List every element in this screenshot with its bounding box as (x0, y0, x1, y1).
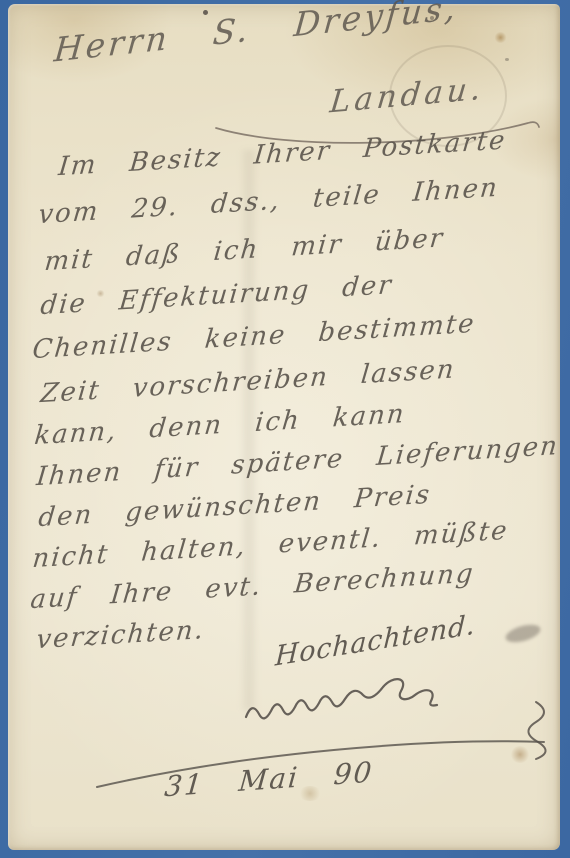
postcard-scan: Herrn S. Dreyfus, Landau. Im Besitz Ihre… (0, 0, 570, 858)
